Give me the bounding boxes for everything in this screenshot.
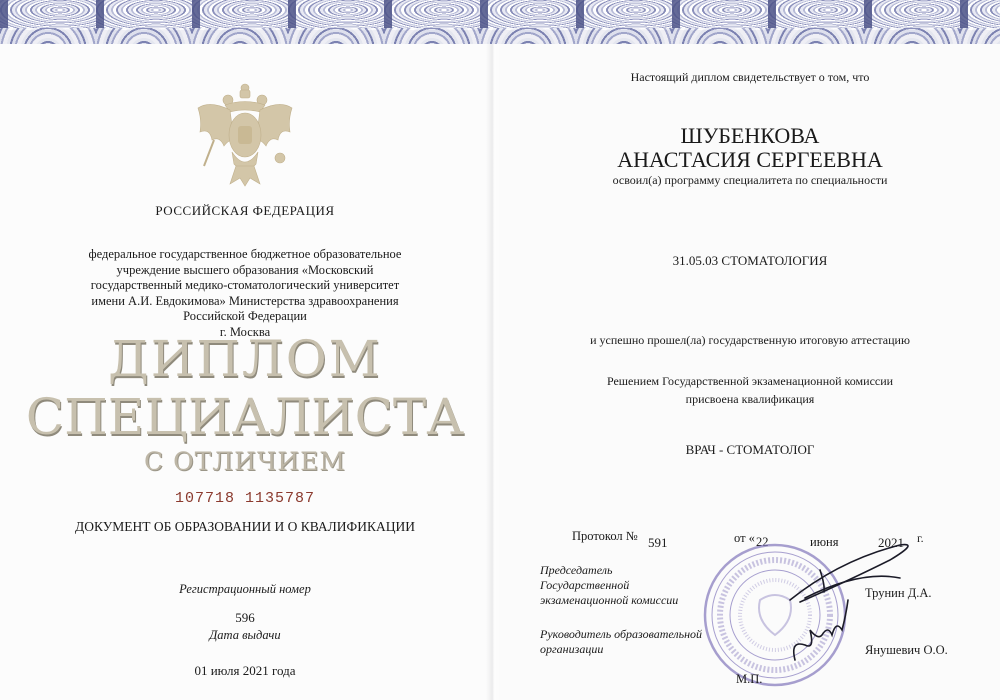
issue-date: 01 июля 2021 года xyxy=(0,663,490,679)
serial-number: 107718 1135787 xyxy=(0,490,490,507)
graduate-given-names: АНАСТАСИЯ СЕРГЕЕВНА xyxy=(530,147,970,173)
coat-of-arms-icon xyxy=(190,80,300,190)
chair-label-line: Председатель xyxy=(540,563,678,578)
document-type: ДОКУМЕНТ ОБ ОБРАЗОВАНИИ И О КВАЛИФИКАЦИИ xyxy=(0,519,490,535)
commission-decision: Решением Государственной экзаменационной… xyxy=(530,374,970,389)
qualification-label: присвоена квалификация xyxy=(530,392,970,407)
specialty: 31.05.03 СТОМАТОЛОГИЯ xyxy=(530,253,970,269)
org-line: имени А.И. Евдокимова» Министерства здра… xyxy=(40,294,450,310)
registration-label: Регистрационный номер xyxy=(0,582,490,597)
graduate-surname: ШУБЕНКОВА xyxy=(530,123,970,149)
certify-intro: Настоящий диплом свидетельствует о том, … xyxy=(530,70,970,85)
protocol-label: Протокол № xyxy=(572,529,638,544)
diploma-honors: С ОТЛИЧИЕМ xyxy=(0,447,490,476)
head-label-line: организации xyxy=(540,642,702,657)
head-label-line: Руководитель образовательной xyxy=(540,627,702,642)
org-line: федеральное государственное бюджетное об… xyxy=(40,247,450,263)
qualification: ВРАЧ - СТОМАТОЛОГ xyxy=(530,442,970,458)
registration-number: 596 xyxy=(0,610,490,626)
seal-label: М.П. xyxy=(736,672,762,687)
chair-label-line: Государственной xyxy=(540,578,678,593)
issue-date-label: Дата выдачи xyxy=(0,628,490,643)
head-label: Руководитель образовательной организации xyxy=(540,627,702,657)
head-name: Янушевич О.О. xyxy=(865,643,948,658)
decorative-border xyxy=(0,0,1000,44)
chair-name: Трунин Д.А. xyxy=(865,586,932,601)
country-name: РОССИЙСКАЯ ФЕДЕРАЦИЯ xyxy=(0,203,490,219)
organization-name: федеральное государственное бюджетное об… xyxy=(40,247,450,340)
diploma-title: ДИПЛОМ xyxy=(0,330,490,388)
org-line: учреждение высшего образования «Московск… xyxy=(40,263,450,279)
chair-label: Председатель Государственной экзаменацио… xyxy=(540,563,678,608)
protocol-number: 591 xyxy=(648,535,668,551)
attestation-statement: и успешно прошел(ла) государственную ито… xyxy=(530,333,970,348)
chair-label-line: экзаменационной комиссии xyxy=(540,593,678,608)
org-line: государственный медико-стоматологический… xyxy=(40,278,450,294)
diploma-title-specialist: СПЕЦИАЛИСТА xyxy=(0,388,490,446)
org-line: Российской Федерации xyxy=(40,309,450,325)
program-statement: освоил(а) программу специалитета по спец… xyxy=(530,173,970,188)
